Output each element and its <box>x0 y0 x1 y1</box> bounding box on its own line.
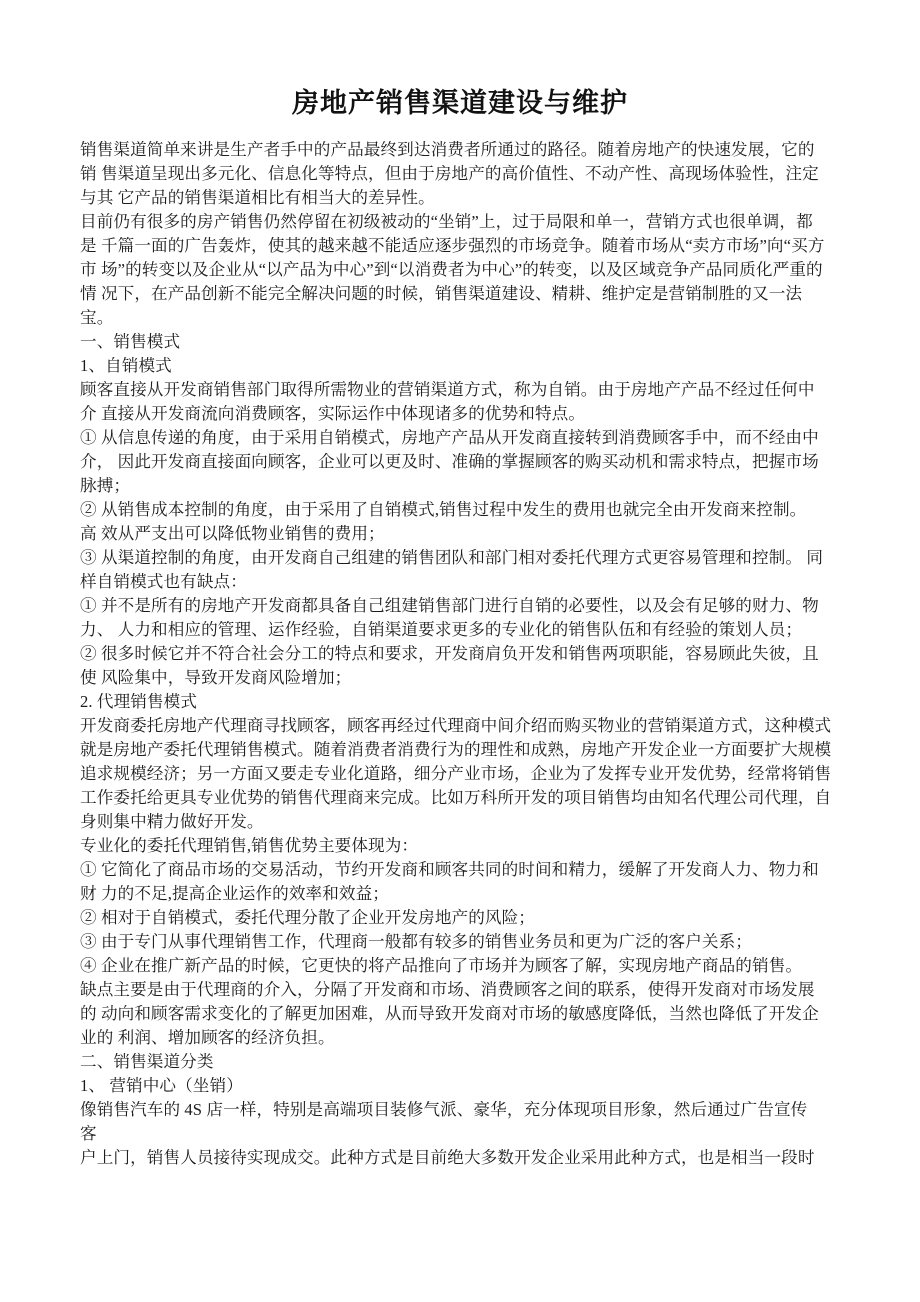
document-line: ② 从销售成本控制的角度，由于采用了自销模式,销售过程中发生的费用也就完全由开发… <box>80 498 850 522</box>
document-line: 情 况下，在产品创新不能完全解决问题的时候，销售渠道建设、精耕、维护定是营销制胜… <box>80 282 850 306</box>
document-line: 市 场”的转变以及企业从“以产品为中心”到“以消费者为中心”的转变，以及区域竞争… <box>80 258 850 282</box>
document-line: ④ 企业在推广新产品的时候，它更快的将产品推向了市场并为顾客了解，实现房地产商品… <box>80 954 850 978</box>
document-line: 一、销售模式 <box>80 330 850 354</box>
document-line: 财 力的不足,提高企业运作的效率和效益； <box>80 882 850 906</box>
document-line: 二、销售渠道分类 <box>80 1050 850 1074</box>
document-line: 顾客直接从开发商销售部门取得所需物业的营销渠道方式，称为自销。由于房地产产品不经… <box>80 378 850 402</box>
document-line: 1、 营销中心（坐销） <box>80 1074 850 1098</box>
document-line: 客 <box>80 1122 850 1146</box>
document-line: 样自销模式也有缺点： <box>80 570 850 594</box>
document-line: 专业化的委托代理销售,销售优势主要体现为： <box>80 834 850 858</box>
document-line: 缺点主要是由于代理商的介入，分隔了开发商和市场、消费顾客之间的联系，使得开发商对… <box>80 978 850 1002</box>
document-line: 高 效从严支出可以降低物业销售的费用； <box>80 522 850 546</box>
document-body: 销售渠道简单来讲是生产者手中的产品最终到达消费者所通过的路径。随着房地产的快速发… <box>0 138 920 1170</box>
document-line: 销 售渠道呈现出多元化、信息化等特点，但由于房地产的高价值性、不动产性、高现场体… <box>80 162 850 186</box>
document-line: 脉搏； <box>80 474 850 498</box>
document-line: ② 相对于自销模式，委托代理分散了企业开发房地产的风险； <box>80 906 850 930</box>
document-line: ③ 从渠道控制的角度，由开发商自己组建的销售团队和部门相对委托代理方式更容易管理… <box>80 546 850 570</box>
document-line: 工作委托给更具专业优势的销售代理商来完成。比如万科所开发的项目销售均由知名代理公… <box>80 786 850 810</box>
document-line: ③ 由于专门从事代理销售工作，代理商一般都有较多的销售业务员和更为广泛的客户关系… <box>80 930 850 954</box>
document-line: 就是房地产委托代理销售模式。随着消费者消费行为的理性和成熟，房地产开发企业一方面… <box>80 738 850 762</box>
document-line: 介， 因此开发商直接面向顾客，企业可以更及时、准确的掌握顾客的购买动机和需求特点… <box>80 450 850 474</box>
document-line: 与其 它产品的销售渠道相比有相当大的差异性。 <box>80 186 850 210</box>
document-line: ① 它简化了商品市场的交易活动，节约开发商和顾客共同的时间和精力，缓解了开发商人… <box>80 858 850 882</box>
document-page: 房地产销售渠道建设与维护 销售渠道简单来讲是生产者手中的产品最终到达消费者所通过… <box>0 0 920 1302</box>
document-line: 介 直接从开发商流向消费顾客，实际运作中体现诸多的优势和特点。 <box>80 402 850 426</box>
document-line: 开发商委托房地产代理商寻找顾客，顾客再经过代理商中间介绍而购买物业的营销渠道方式… <box>80 714 850 738</box>
document-line: 的 动向和顾客需求变化的了解更加困难，从而导致开发商对市场的敏感度降低，当然也降… <box>80 1002 850 1026</box>
document-line: 宝。 <box>80 306 850 330</box>
document-line: 1、自销模式 <box>80 354 850 378</box>
document-line: 业的 利润、增加顾客的经济负担。 <box>80 1026 850 1050</box>
document-line: 身则集中精力做好开发。 <box>80 810 850 834</box>
document-line: 是 千篇一面的广告轰炸，使其的越来越不能适应逐步强烈的市场竞争。随着市场从“卖方… <box>80 234 850 258</box>
document-line: 目前仍有很多的房产销售仍然停留在初级被动的“坐销”上，过于局限和单一，营销方式也… <box>80 210 850 234</box>
document-line: ② 很多时候它并不符合社会分工的特点和要求，开发商肩负开发和销售两项职能，容易顾… <box>80 642 850 666</box>
document-line: 追求规模经济；另一方面又要走专业化道路，细分产业市场，企业为了发挥专业开发优势，… <box>80 762 850 786</box>
document-line: 使 风险集中，导致开发商风险增加； <box>80 666 850 690</box>
document-line: ① 并不是所有的房地产开发商都具备自己组建销售部门进行自销的必要性，以及会有足够… <box>80 594 850 618</box>
document-line: 像销售汽车的 4S 店一样，特别是高端项目装修气派、豪华，充分体现项目形象，然后… <box>80 1098 850 1122</box>
document-line: 户上门，销售人员接待实现成交。此种方式是目前绝大多数开发企业采用此种方式，也是相… <box>80 1146 850 1170</box>
document-line: 2. 代理销售模式 <box>80 690 850 714</box>
page-title: 房地产销售渠道建设与维护 <box>0 0 920 120</box>
document-line: 力、 人力和相应的管理、运作经验，自销渠道要求更多的专业化的销售队伍和有经验的策… <box>80 618 850 642</box>
document-line: ① 从信息传递的角度，由于采用自销模式，房地产产品从开发商直接转到消费顾客手中，… <box>80 426 850 450</box>
document-line: 销售渠道简单来讲是生产者手中的产品最终到达消费者所通过的路径。随着房地产的快速发… <box>80 138 850 162</box>
